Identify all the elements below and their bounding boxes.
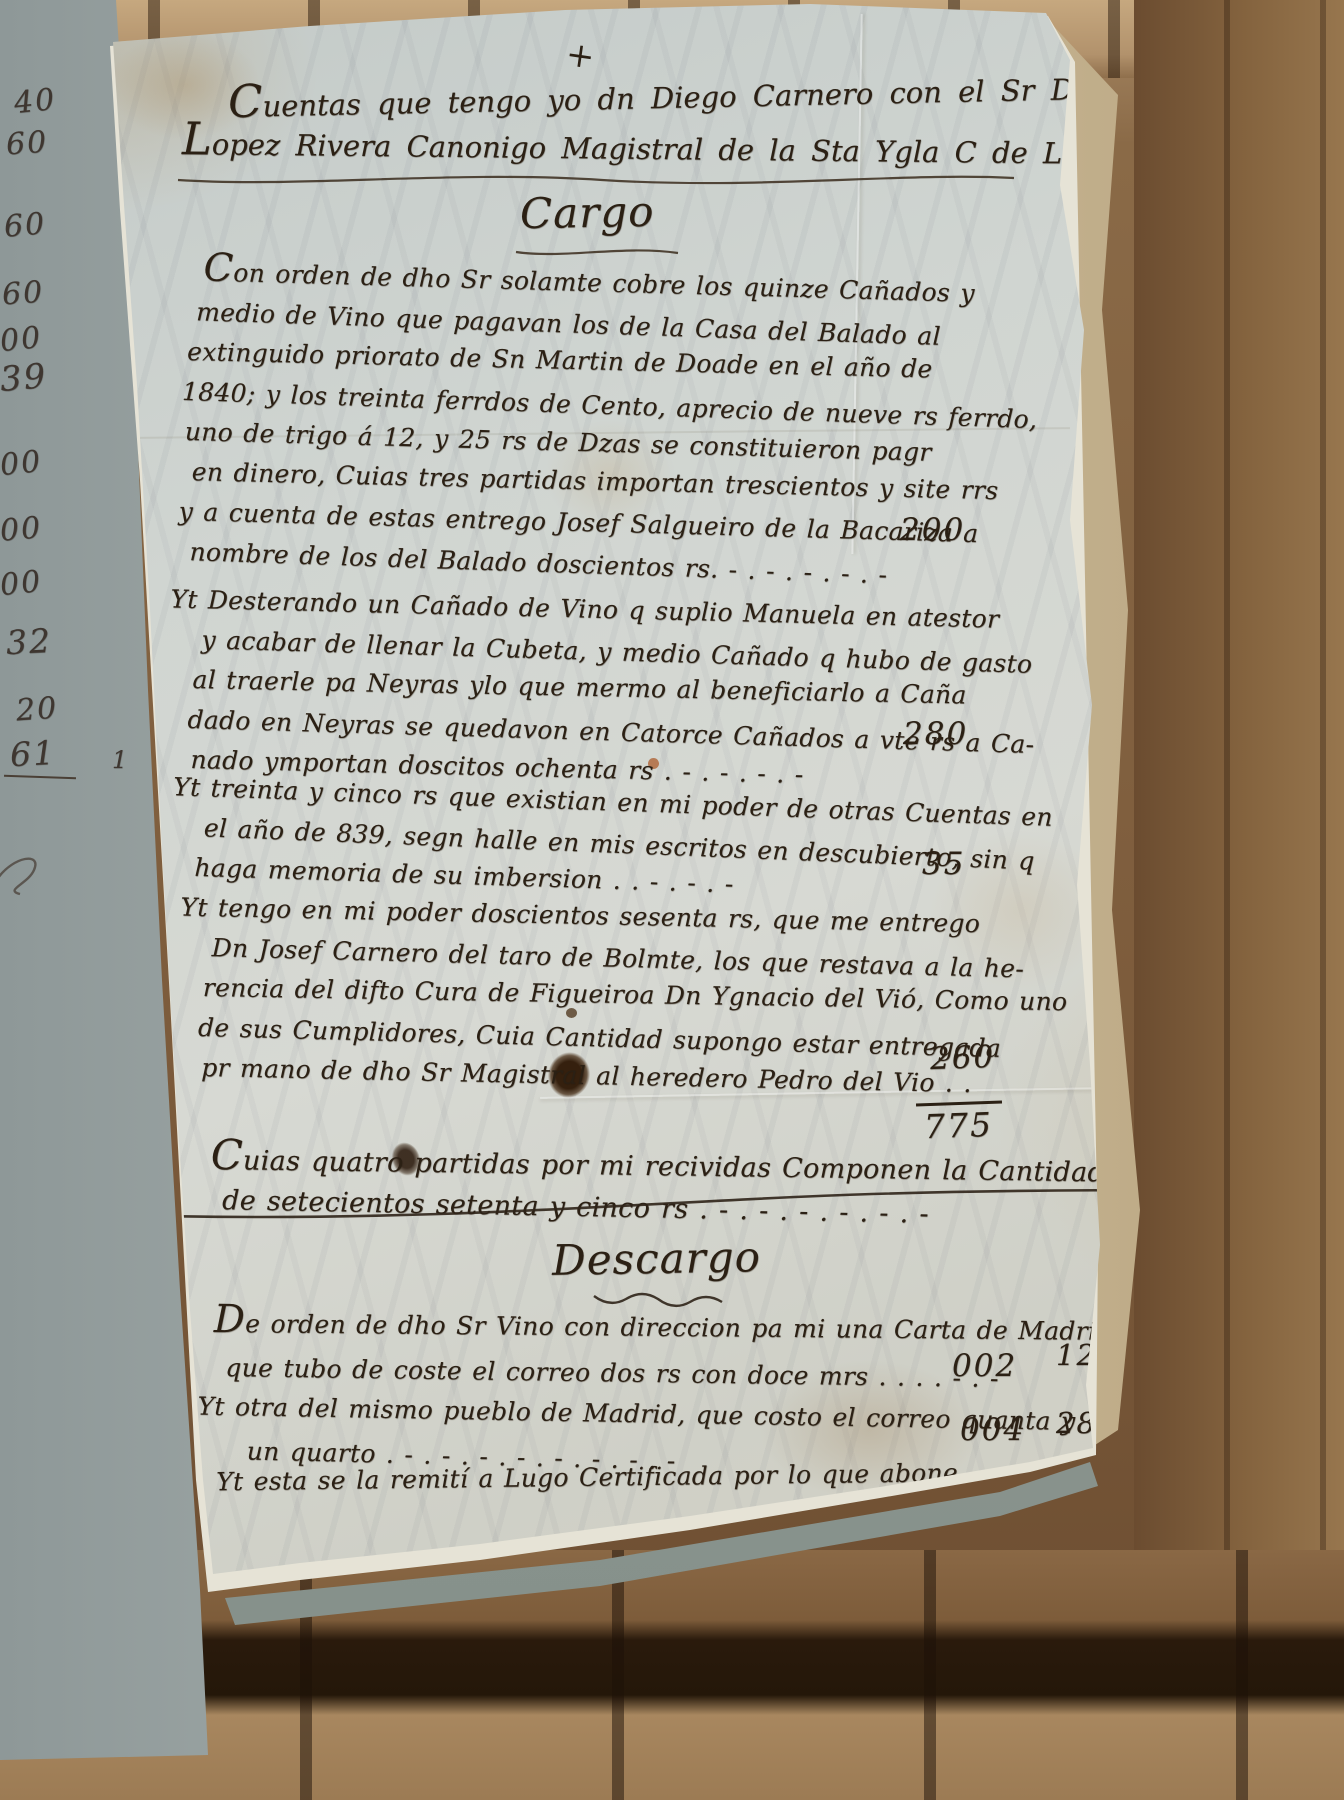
margin-number: 60 [1,275,46,313]
margin-number: 61 [9,733,57,774]
margin-number: 40 [12,82,58,121]
total-amount: 775 [923,1105,993,1146]
margin-number: 00 [0,510,44,549]
entry-amount: 35 [922,846,965,882]
margin-number: 00 [0,320,44,359]
entry-amount: 002 [952,1348,1017,1384]
cargo-entry: Yt Desterando un Cañado de Vino q suplio… [190,580,1038,801]
photo-stage: 40 60 60 60 00 39 00 00 00 32 20 61 1 [0,0,1344,1800]
margin-number: 39 [0,356,49,400]
cargo-heading: Cargo [520,187,655,238]
margin-number: 60 [3,206,48,245]
margin-number: 00 [0,564,44,603]
cross-mark: + [563,34,597,78]
margin-number-underline [4,775,76,780]
entry-amount: 260 [929,1039,995,1077]
margin-extra-number: 1 [112,746,129,774]
margin-flourish [0,838,84,898]
entry-amount: 004 [960,1412,1025,1448]
margin-number: 32 [5,621,53,662]
margin-number: 20 [15,691,60,729]
margin-number: 00 [0,444,44,483]
wood-plank-right [1134,0,1344,1800]
entry-amount: 200 [900,512,965,548]
descargo-heading: Descargo [552,1232,762,1285]
entry-line: De orden de dho Sr Vino con direccion pa… [214,1302,1113,1354]
entry-amount: 280 [903,716,968,752]
margin-number: 60 [5,125,50,163]
